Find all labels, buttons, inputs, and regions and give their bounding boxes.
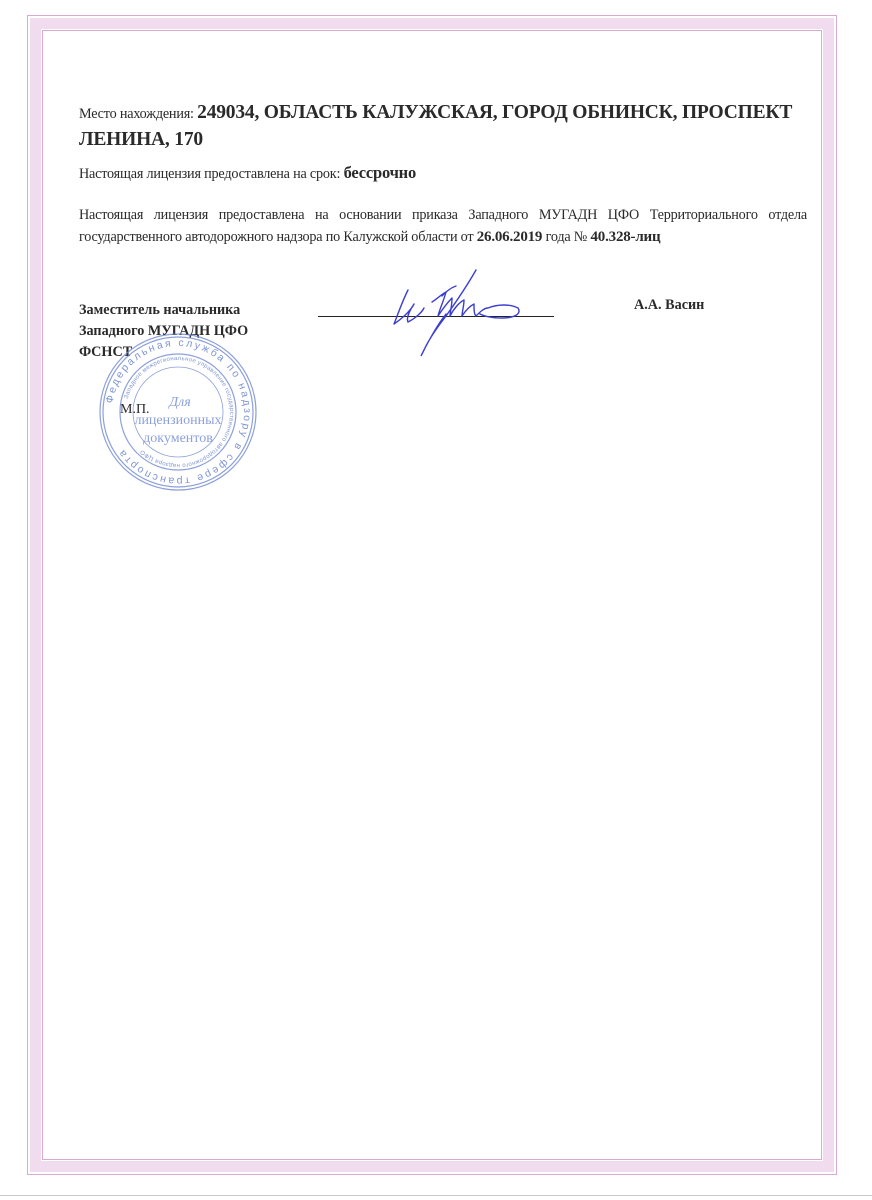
term-paragraph: Настоящая лицензия предоставлена на срок… bbox=[79, 163, 809, 183]
position-line-1: Заместитель начальника bbox=[79, 300, 248, 321]
basis-text-middle: года № bbox=[542, 229, 590, 245]
order-date: 26.06.2019 bbox=[477, 229, 543, 245]
svg-text:документов: документов bbox=[143, 431, 213, 446]
term-label: Настоящая лицензия предоставлена на срок… bbox=[79, 166, 344, 182]
order-number: 40.328-лиц bbox=[591, 229, 661, 245]
address-paragraph: Место нахождения: 249034, ОБЛАСТЬ КАЛУЖС… bbox=[79, 100, 799, 154]
basis-text: Настоящая лицензия предоставлена на осно… bbox=[79, 207, 807, 245]
handwritten-signature bbox=[380, 262, 530, 362]
term-value: бессрочно bbox=[344, 163, 416, 182]
address-label: Место нахождения: bbox=[79, 106, 197, 122]
basis-paragraph: Настоящая лицензия предоставлена на осно… bbox=[79, 204, 807, 248]
signer-name: А.А. Васин bbox=[634, 297, 704, 314]
certificate-border-inner bbox=[42, 30, 822, 1160]
svg-text:Для: Для bbox=[167, 395, 191, 410]
seal-place-label: М.П. bbox=[120, 402, 150, 418]
page-bottom-rule bbox=[0, 1195, 872, 1196]
